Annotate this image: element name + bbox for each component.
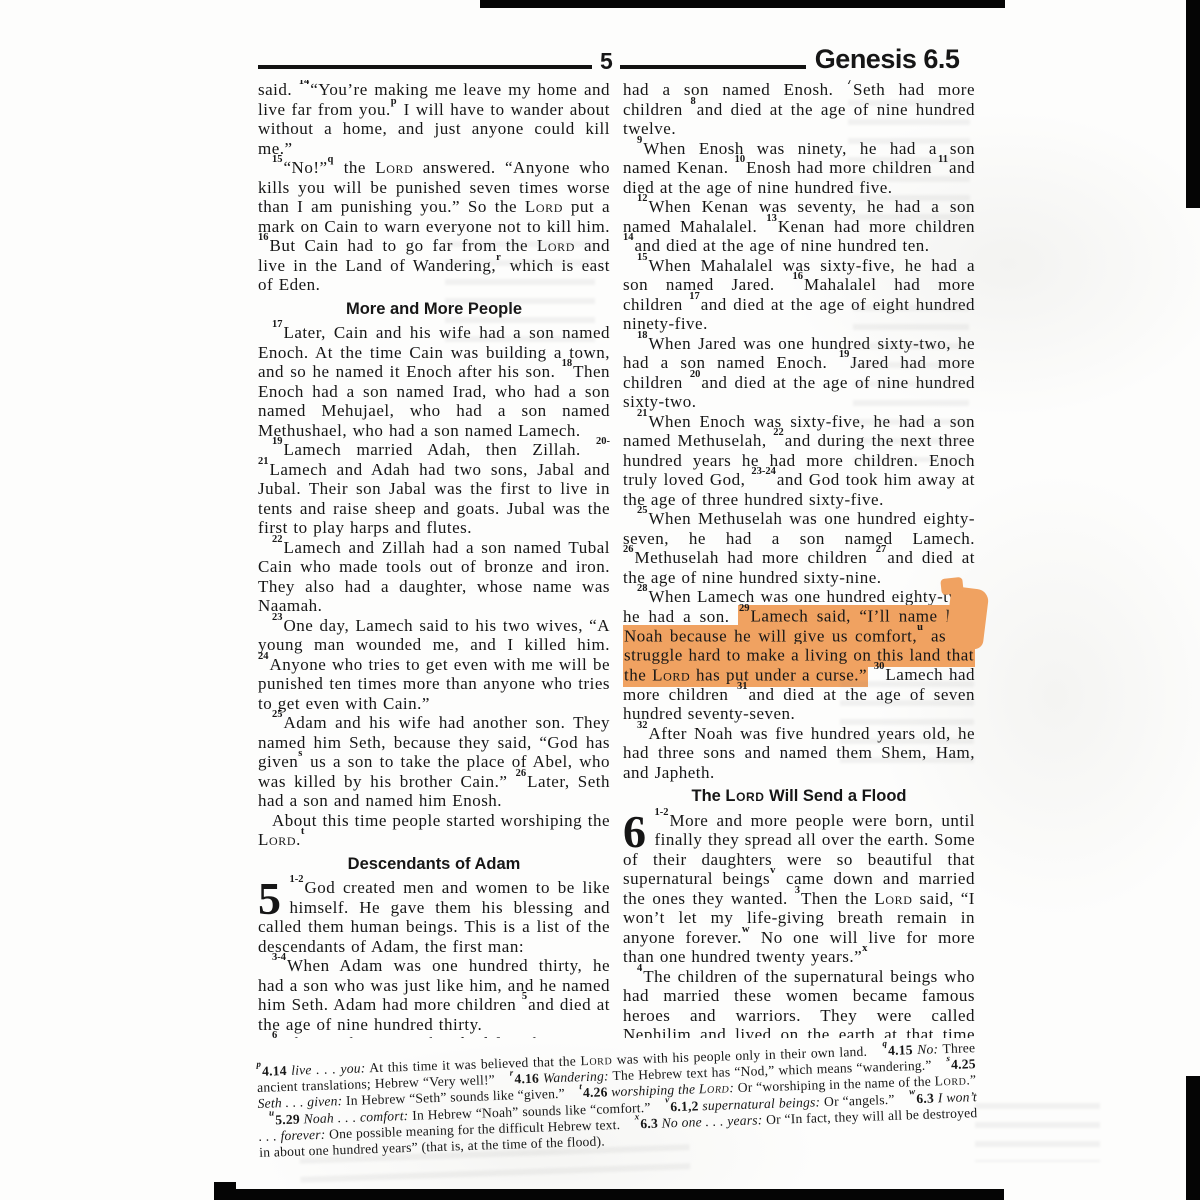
verse-paragraph: 12When Kenan was seventy, he had a son n… (623, 197, 975, 256)
verse-paragraph: had a son named Enosh. 7Seth had more ch… (623, 80, 975, 139)
verse-paragraph: 17Later, Cain and his wife had a son nam… (258, 323, 610, 440)
verse-number: 24 (258, 651, 269, 662)
section-heading: More and More People (258, 300, 610, 320)
scan-artifact-bottom-nub (214, 1182, 236, 1200)
verse-paragraph: 32After Noah was five hundred years old,… (623, 724, 975, 783)
chapter-number: 5 (258, 878, 290, 917)
header-rule-middle (620, 65, 806, 69)
verse-number: 6 (272, 1030, 277, 1038)
verse-number: t (579, 1081, 582, 1091)
verse-paragraph: 19Lamech married Adah, then Zillah. 20-2… (258, 440, 610, 538)
running-head: Genesis 6.5 (815, 46, 960, 73)
header-rule-left (258, 65, 592, 69)
verse-number: x (634, 1112, 639, 1122)
verse-number: 10 (735, 154, 746, 165)
verse-number: q (882, 1039, 887, 1049)
verse-number: 20 (690, 369, 701, 380)
section-heading: Descendants of Adam (258, 855, 610, 875)
verse-number: 19 (272, 436, 283, 447)
verse-number: x (862, 943, 867, 954)
verse-number: 23 (272, 612, 283, 623)
verse-number: u (917, 622, 923, 633)
verse-paragraph: 22Lamech and Zillah had a son named Tuba… (258, 538, 610, 616)
section-heading: The Lord Will Send a Flood (623, 787, 975, 807)
verse-number: 3 (795, 885, 800, 896)
verse-number: 26 (623, 544, 634, 555)
verse-number: 14 (623, 232, 634, 243)
verse-number: 26 (516, 768, 527, 779)
scan-artifact-top-bar (480, 0, 1005, 8)
verse-paragraph: 21When Enoch was sixty-five, he had a so… (623, 412, 975, 510)
verse-number: r (496, 252, 501, 263)
verse-number: t (301, 826, 305, 837)
verse-number: 21 (637, 408, 648, 419)
verse-number: w (909, 1086, 915, 1096)
page-header: 5 Genesis 6.5 (258, 46, 975, 73)
verse-number: 11 (938, 154, 948, 165)
verse-paragraph: 9When Enosh was ninety, he had a son nam… (623, 139, 975, 198)
verse-paragraph: 18When Jared was one hundred sixty-two, … (623, 334, 975, 412)
chapter-paragraph: 61-2More and more people were born, unti… (623, 811, 975, 967)
footnotes-block: p4.14 live . . . you: At this time it wa… (256, 1040, 978, 1161)
verse-paragraph: 25When Methuselah was one hundred eighty… (623, 509, 975, 587)
highlighted-passage: 29Lamech said, “I’ll name him Noah becau… (623, 605, 975, 687)
verse-number: q (328, 154, 334, 165)
verse-number: 5 (522, 991, 527, 1002)
verse-number: 13 (766, 213, 777, 224)
verse-number: 1-2 (655, 807, 669, 818)
verse-paragraph: 3-4When Adam was one hundred thirty, he … (258, 956, 610, 1034)
chapter-paragraph: 51-2God created men and women to be like… (258, 878, 610, 956)
verse-number: u (269, 1108, 274, 1118)
verse-number: p (256, 1059, 261, 1069)
verse-paragraph: 25Adam and his wife had another son. The… (258, 713, 610, 811)
verse-number: 3-4 (272, 952, 286, 963)
verse-number: 27 (876, 544, 887, 555)
verse-paragraph: 28When Lamech was one hundred eighty-two… (623, 587, 975, 724)
verse-number: 18 (562, 358, 573, 369)
verse-number: 19 (839, 349, 850, 360)
verse-number: 7 (847, 80, 852, 87)
verse-number: 18 (637, 330, 648, 341)
verse-paragraph: said. 14“You’re making me leave my home … (258, 80, 610, 158)
verse-number: 15 (272, 154, 283, 165)
verse-number: 8 (691, 96, 696, 107)
verse-number: 16 (792, 271, 803, 282)
verse-number: 16 (258, 232, 269, 243)
verse-number: 32 (637, 720, 648, 731)
verse-number: 25 (637, 505, 648, 516)
verse-number: 12 (637, 193, 648, 204)
scan-artifact-bottom-bar (214, 1189, 1004, 1200)
verse-number: 28 (637, 583, 648, 594)
scan-artifact-right-edge-bottom (1186, 1076, 1200, 1200)
bible-page-scan: 5 Genesis 6.5 said. 14“You’re making me … (0, 0, 1200, 1200)
verse-paragraph: 4The children of the supernatural beings… (623, 967, 975, 1039)
verse-number: 25 (272, 709, 283, 720)
verse-number: s (946, 1053, 950, 1063)
text-columns: said. 14“You’re making me leave my home … (258, 80, 975, 1038)
verse-paragraph: 15When Mahalalel was sixty-five, he had … (623, 256, 975, 334)
verse-number: 22 (272, 534, 283, 545)
verse-number: 30 (874, 661, 885, 672)
bleed-through-artifact (975, 1098, 1100, 1162)
verse-number: 1-2 (290, 874, 304, 885)
verse-paragraph: 15“No!”q the Lord answered. “Anyone who … (258, 158, 610, 295)
highlighter-smudge-small (940, 577, 964, 595)
verse-paragraph: About this time people started worshipin… (258, 811, 610, 850)
verse-number: v (770, 865, 775, 876)
verse-number: v (665, 1094, 669, 1104)
verse-number: p (391, 96, 397, 107)
verse-number: 4 (637, 963, 642, 974)
verse-paragraph: 23One day, Lamech said to his two wives,… (258, 616, 610, 714)
verse-number: 23-24 (751, 466, 776, 477)
verse-number: 17 (272, 319, 283, 330)
verse-paragraph: 6When Seth was one hundred five, he (258, 1034, 610, 1038)
verse-number: 9 (637, 135, 642, 146)
verse-number: 29 (739, 603, 750, 614)
page-number: 5 (600, 50, 613, 73)
verse-number: w (742, 924, 750, 935)
verse-number: s (298, 748, 302, 759)
chapter-number: 6 (623, 811, 655, 850)
verse-number: 20-21 (258, 436, 610, 467)
verse-number: 17 (689, 291, 700, 302)
left-column: said. 14“You’re making me leave my home … (258, 80, 610, 1038)
verse-number: r (510, 1067, 514, 1077)
verse-number: 31 (737, 681, 748, 692)
scan-artifact-right-edge-top (1186, 0, 1200, 208)
verse-number: 15 (637, 252, 648, 263)
right-column: had a son named Enosh. 7Seth had more ch… (623, 80, 975, 1038)
highlighter-smudge (944, 586, 989, 650)
verse-number: 22 (773, 427, 784, 438)
verse-number: 14 (299, 80, 310, 87)
